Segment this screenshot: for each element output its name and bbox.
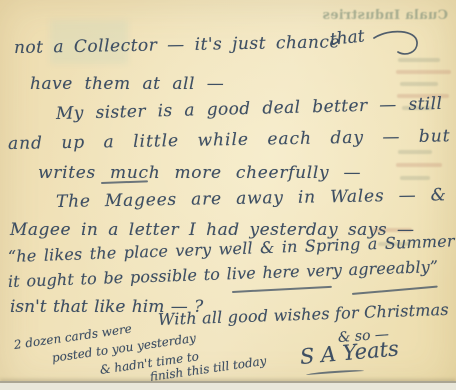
showthrough-line <box>396 163 442 167</box>
handwritten-word-that: that <box>329 28 365 49</box>
handwritten-line: have them at all — <box>30 76 224 93</box>
showthrough-line <box>400 176 430 180</box>
showthrough-line <box>396 70 451 74</box>
pen-flourish <box>372 26 422 62</box>
showthrough-letterhead: Cuala Industries <box>330 8 448 23</box>
scan-edge-strip <box>0 381 456 390</box>
showthrough-line <box>400 82 438 86</box>
handwritten-line: writes much more cheerfully — <box>38 165 361 182</box>
showthrough-line <box>398 150 432 154</box>
letter-scan: Cuala Industries not a Collector — it's … <box>0 0 456 390</box>
